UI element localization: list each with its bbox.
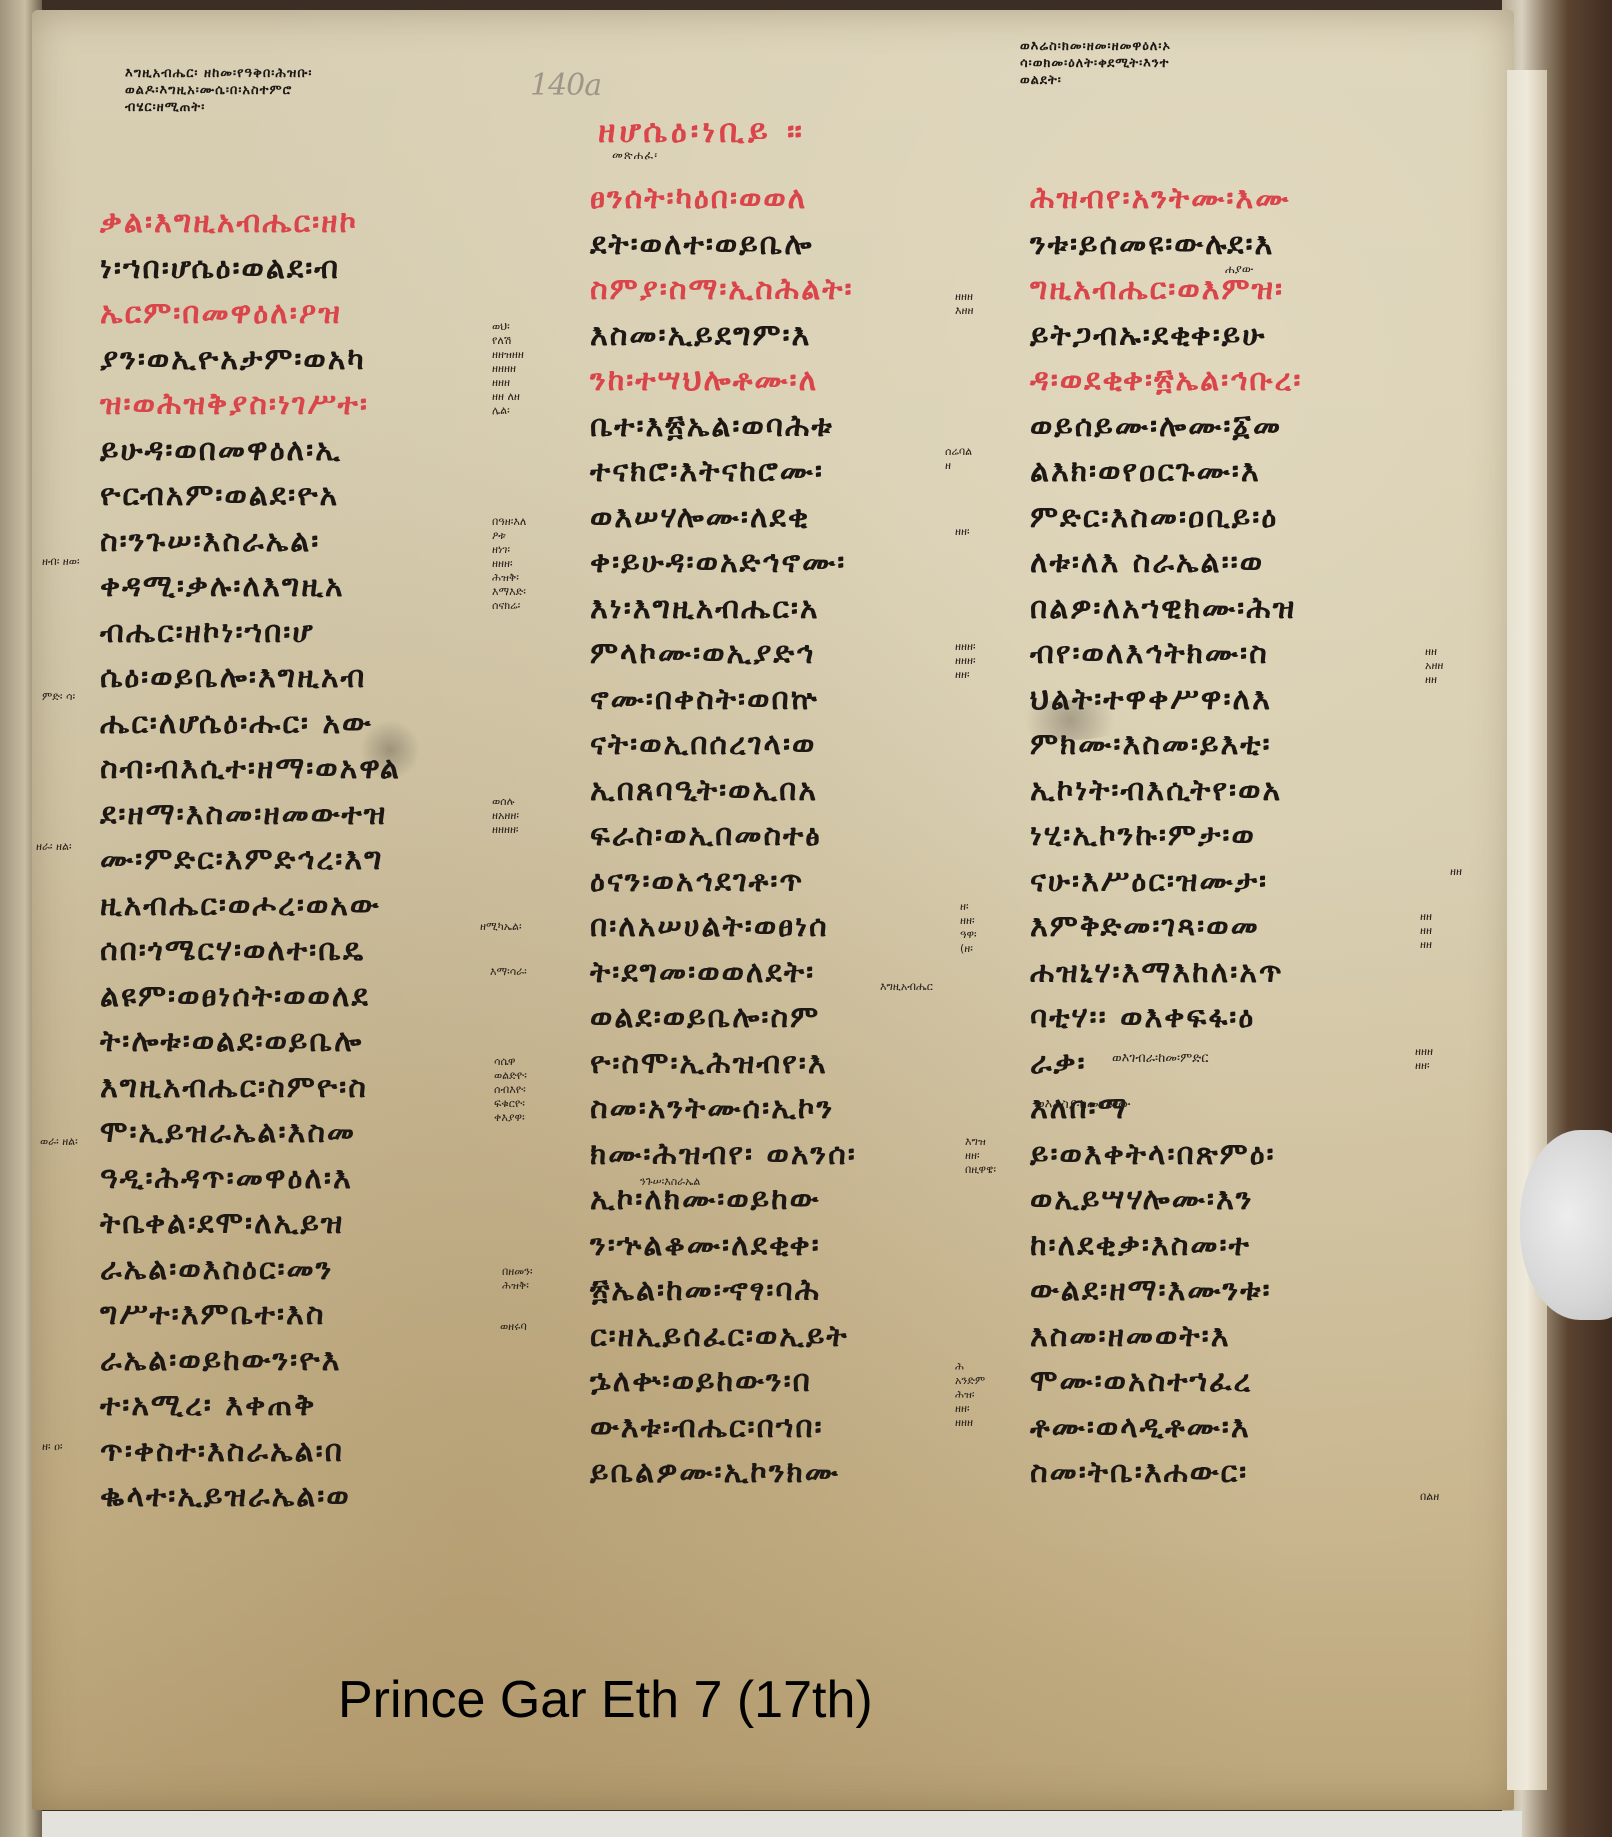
text-line: ሐዝኒሃ፡እማእከለ፡አጥ <box>1030 950 1302 996</box>
text-line: ኖሙ፡በቀስት፡ወበኵ <box>590 677 857 723</box>
margin-note: በዘመን፡ ሕዝቅ፡ <box>502 1265 533 1293</box>
top-note-left: እግዚአብሔር፡ ዘከመ፡የዓቅበ፡ሕዝቡ፡ ወልዶ፡እግዚአ፡ሙሴ፡በ፡አስተ… <box>125 65 312 116</box>
text-line: ልእክ፡ወየዐርጉሙ፡እ <box>1030 449 1302 495</box>
text-column-left: ቃል፡እግዚአብሔር፡ዘኮነ፡ኀበ፡ሆሴዕ፡ወልደ፡ብኤርም፡በመዋዕለ፡ዖዝያ… <box>100 200 401 1520</box>
text-line: ሙ፡ምድር፡እምድኅረ፡እግ <box>100 837 401 883</box>
text-line: ተናክሮ፡እትናከሮሙ፡ <box>590 449 857 495</box>
text-line: ቶሙ፡ወላዲቶሙ፡እ <box>1030 1405 1302 1451</box>
margin-note: ሰሬባል ዘ <box>945 445 972 473</box>
text-line: ሰበ፡ጎሜርሃ፡ወለተ፡ቤዴ <box>100 928 401 974</box>
text-line: ኢበጸባዒት፡ወኢበአ <box>590 768 857 814</box>
top-note-line: ወልዶ፡እግዚአ፡ሙሴ፡በ፡አስተምሮ <box>125 82 312 99</box>
text-line: ሴዕ፡ወይቤሎ፡እግዚአብ <box>100 655 401 701</box>
margin-note: ወሰሉ ዘአዘዘ፡ ዘዘዘዘ፡ <box>492 795 519 837</box>
margin-note: ዘ፡ ዘዘ፡ ዓዋ፡ (ዘ፡ <box>960 900 977 956</box>
margin-note: ዘዘዘ እዘዘ <box>955 290 974 318</box>
text-line: በ፡ለአሠሀልት፡ወፀነሰ <box>590 904 857 950</box>
text-line: ብሔር፡ዘኮነ፡ኀበ፡ሆ <box>100 610 401 656</box>
margin-note: ዘዘ ዘዘ ዘዘ <box>1420 910 1432 952</box>
text-line: ኤርም፡በመዋዕለ፡ዖዝ <box>100 291 401 337</box>
margin-note: በልዘ <box>1420 1490 1439 1504</box>
text-line: ህልት፡ተዋቀሥዋ፡ለእ <box>1030 677 1302 723</box>
background-strip <box>42 1811 1522 1837</box>
book-title: ዘሆሴዕ፡ነቢይ ። <box>598 112 806 151</box>
text-line: ናሁ፡እሥዕር፡ዝሙታ፡ <box>1030 859 1302 905</box>
margin-note: ወራ፡ ዘል፡ <box>40 1135 78 1149</box>
text-line: ከ፡ለደቂቃ፡እስመ፡ተ <box>1030 1223 1302 1269</box>
interlinear-note: እግዚአብሔር <box>880 980 933 994</box>
text-line: ቀዳሚ፡ቃሉ፡ለእግዚአ <box>100 564 401 610</box>
text-column-middle: ፀንሰት፡ካዕበ፡ወወለደት፡ወለተ፡ወይቤሎስምያ፡ስማ፡ኢስሕልት፡እስመ፡… <box>590 176 857 1496</box>
text-line: ንከ፡ተሣህሎቶሙ፡ለ <box>590 358 857 404</box>
page-fore-edge <box>1507 70 1547 1790</box>
text-line: ወእሠሃሎሙ፡ለደቂ <box>590 495 857 541</box>
text-line: ስመ፡አንትሙሰ፡ኢኮን <box>590 1086 857 1132</box>
margin-note: ወህ፡ የለሽ ዘዘዝዘዘ ዘዘዘዘ ዘዘዘ ዘዘ ለዘ ሌል፡ <box>492 320 524 418</box>
text-line: ለቱ፡ለእ ስራኤል፡፡ወ <box>1030 540 1302 586</box>
margin-note: እግዝ ዘዘ፡ በዚዋዌ፡ <box>965 1135 996 1177</box>
text-line: ዓዲ፡ሕዳጥ፡መዋዕለ፡እ <box>100 1156 401 1202</box>
text-line: እነ፡እግዚአብሔር፡አ <box>590 586 857 632</box>
text-line: ሕዝብየ፡አንትሙ፡እሙ <box>1030 176 1302 222</box>
text-line: በልዎ፡ለአኀዊክሙ፡ሕዝ <box>1030 586 1302 632</box>
text-line: ወይሰይሙ፡ሎሙ፡፩መ <box>1030 404 1302 450</box>
text-line: ቤተ፡እ፳ኤል፡ወባሕቱ <box>590 404 857 450</box>
text-line: ዝ፡ወሕዝቅያስ፡ነገሥተ፡ <box>100 382 401 428</box>
text-line: ዮ፡ስሞ፡ኢሕዝብየ፡እ <box>590 1041 857 1087</box>
text-line: ፳ኤል፡ከመ፡ኆፃ፡ባሕ <box>590 1268 857 1314</box>
margin-note: ሳሴዋ ወልድዮ፡ ሰብእዮ፡ ፍቁርዮ፡ ቀእያዋ፡ <box>494 1055 527 1125</box>
text-line: ት፡ሎቱ፡ወልደ፡ወይቤሎ <box>100 1019 401 1065</box>
text-line: ምድር፡እስመ፡ዐቢይ፡ዕ <box>1030 495 1302 541</box>
text-line: እስመ፡ኢይደግም፡እ <box>590 313 857 359</box>
text-line: ስ፡ንጉሠ፡እስራኤል፡ <box>100 519 401 565</box>
text-line: ስመ፡ትቤ፡እሐውር፡ <box>1030 1450 1302 1496</box>
interlinear-note: ወእገብራ፡ከመ፡ምድር <box>1112 1052 1208 1066</box>
text-line: ቈላተ፡ኢይዝራኤል፡ወ <box>100 1474 401 1520</box>
text-line: ደ፡ዘማ፡እስመ፡ዘመውተዝ <box>100 792 401 838</box>
interlinear-note: ንጉሠ፡እስራኤል <box>640 1175 700 1189</box>
text-line: ቀ፡ይሁዳ፡ወአድኅኖሙ፡ <box>590 540 857 586</box>
text-line: ምክሙ፡እስመ፡ይእቲ፡ <box>1030 722 1302 768</box>
text-line: ሞ፡ኢይዝራኤል፡እስመ <box>100 1110 401 1156</box>
text-line: ቃል፡እግዚአብሔር፡ዘኮ <box>100 200 401 246</box>
text-line: እምቅድመ፡ገጻ፡ወመ <box>1030 904 1302 950</box>
margin-note: ምድ፡ ሳ፡ <box>42 690 75 704</box>
margin-note: እማ፡ሳራ፡ <box>490 965 527 979</box>
text-line: ደት፡ወለተ፡ወይቤሎ <box>590 222 857 268</box>
text-line: ራኤል፡ወይከውን፡ዮእ <box>100 1338 401 1384</box>
text-line: ኌለቍ፡ወይከውን፡በ <box>590 1359 857 1405</box>
text-line: ንቱ፡ይሰመዩ፡ውሉደ፡እ <box>1030 222 1302 268</box>
text-line: እስመ፡ዘመወት፡እ <box>1030 1314 1302 1360</box>
text-line: ግዚአብሔር፡ወእምዝ፡ <box>1030 267 1302 313</box>
text-line: ኢኮነት፡ብእሲትየ፡ወአ <box>1030 768 1302 814</box>
text-line: ስብ፡ብእሲተ፡ዘማ፡ወአዋል <box>100 746 401 792</box>
margin-note: ዘብ፡ ዘወ፡ <box>42 555 80 569</box>
margin-note: ዘ፡ ዐ፡ <box>42 1440 63 1454</box>
top-note-line: ብሄር፡ዘሚጠት፡ <box>125 99 312 116</box>
text-line: ነ፡ኀበ፡ሆሴዕ፡ወልደ፡ብ <box>100 246 401 292</box>
text-line: ን፡ኍልቆሙ፡ለደቂቀ፡ <box>590 1223 857 1269</box>
text-line: ዮርብአም፡ወልደ፡ዮአ <box>100 473 401 519</box>
text-line: ራኤል፡ወእስዕር፡መን <box>100 1247 401 1293</box>
manuscript-caption: Prince Gar Eth 7 (17th) <box>338 1670 873 1730</box>
interlinear-note: ወእሬስያ፡ከመ፡በድው <box>1035 1098 1131 1112</box>
text-line: ክሙ፡ሕዝብየ፡ ወአንሰ፡ <box>590 1132 857 1178</box>
text-line: ነሂ፡ኢኮንኩ፡ምታ፡ወ <box>1030 813 1302 859</box>
margin-note: ዘራ፡ ዘል፡ <box>36 840 72 854</box>
text-line: ፍራስ፡ወኢበመስተፅ <box>590 813 857 859</box>
text-line: እግዚአብሔር፡ስምዮ፡ስ <box>100 1065 401 1111</box>
margin-note: ዘዘ፡ <box>955 525 970 539</box>
text-line: ዳ፡ወደቂቀ፡፳ኤል፡ኅቡረ፡ <box>1030 358 1302 404</box>
margin-note: ዘዘ <box>1450 865 1462 879</box>
text-line: ይ፡ወእቀትላ፡በጽምዕ፡ <box>1030 1132 1302 1178</box>
text-line: ር፡ዘኢይሰፈር፡ወኢይት <box>590 1314 857 1360</box>
text-line: ልዩም፡ወፀነሰት፡ወወለደ <box>100 974 401 1020</box>
text-line: ይሁዳ፡ወበመዋዕለ፡ኢ <box>100 428 401 474</box>
folio-number: 140a <box>530 68 601 103</box>
interlinear-note: ሐያው <box>1225 262 1253 276</box>
text-line: ፀንሰት፡ካዕበ፡ወወለ <box>590 176 857 222</box>
text-line: ናት፡ወኢበሰረገላ፡ወ <box>590 722 857 768</box>
top-note-line: ወልደት፡ <box>1020 72 1171 89</box>
title-gloss: መጽሐፈ፡ <box>612 148 658 163</box>
margin-note: ዘዘዘ፡ ዘዘዘ፡ ዘዘ፡ <box>955 640 976 682</box>
margin-note: ዘሚካኤል፡ <box>480 920 522 934</box>
margin-note: ዘዘ አዘዘ ዘዘ <box>1425 645 1443 687</box>
top-note-line: እግዚአብሔር፡ ዘከመ፡የዓቅበ፡ሕዝቡ፡ <box>125 65 312 82</box>
top-note-right: ወእሬስ፡ክመ፡ዘመ፡ዘመዋዕለ፡ኦ ሳ፡ወክመ፡ዕለት፡ቀደሚት፡እንተ ወል… <box>1020 38 1171 89</box>
text-line: ባቲሃ፡፡ ወእቀፍፋ፡ዕ <box>1030 995 1302 1041</box>
margin-note: በዓዘ፡እለ ዖቱ ዘነገ፡ ዘዘዘ፡ ሕዝቅ፡ እማእድ፡ ሰናክሬ፡ <box>492 515 526 613</box>
text-line: ወልደ፡ወይቤሎ፡ስም <box>590 995 857 1041</box>
top-note-line: ሳ፡ወክመ፡ዕለት፡ቀደሚት፡እንተ <box>1020 55 1171 72</box>
text-line: ግሥተ፡እምቤተ፡እስ <box>100 1292 401 1338</box>
text-line: ዕናን፡ወአኅደገቶ፡ጥ <box>590 859 857 905</box>
text-line: ወኢይሣሃሎሙ፡እን <box>1030 1177 1302 1223</box>
margin-note: ወዘሩባ <box>500 1320 527 1334</box>
text-line: ትቤቀል፡ደሞ፡ለኢይዝ <box>100 1201 401 1247</box>
text-line: ኢኮ፡ለክሙ፡ወይከው <box>590 1177 857 1223</box>
top-note-line: ወእሬስ፡ክመ፡ዘመ፡ዘመዋዕለ፡ኦ <box>1020 38 1171 55</box>
text-line: ውልደ፡ዘማ፡እሙንቱ፡ <box>1030 1268 1302 1314</box>
margin-note: ሕ አንድም ሕዝ፡ ዘዘ፡ ዘዘዘ <box>955 1360 985 1430</box>
text-line: ተ፡አሚረ፡ እቀጠቅ <box>100 1383 401 1429</box>
text-line: ስምያ፡ስማ፡ኢስሕልት፡ <box>590 267 857 313</box>
text-column-right: ሕዝብየ፡አንትሙ፡እሙንቱ፡ይሰመዩ፡ውሉደ፡እግዚአብሔር፡ወእምዝ፡ይትጋ… <box>1030 176 1302 1496</box>
text-line: ይትጋብኡ፡ደቂቀ፡ይሁ <box>1030 313 1302 359</box>
text-line: ሞሙ፡ወአስተኀፈረ <box>1030 1359 1302 1405</box>
text-line: ያን፡ወኢዮአታም፡ወአካ <box>100 337 401 383</box>
text-line: ውእቱ፡ብሔር፡በኀበ፡ <box>590 1405 857 1451</box>
text-line: ይቤልዎሙ፡ኢኮንክሙ <box>590 1450 857 1496</box>
text-line: ት፡ደግመ፡ወወለደት፡ <box>590 950 857 996</box>
margin-note: ዘዘዘ ዘዘ፡ <box>1415 1045 1433 1073</box>
text-line: ጥ፡ቀስተ፡እስራኤል፡በ <box>100 1429 401 1475</box>
text-line: ምላኮሙ፡ወኢያድኅ <box>590 631 857 677</box>
text-line: ሔር፡ለሆሴዕ፡ሑር፡ አው <box>100 701 401 747</box>
text-line: ብየ፡ወለእኅትክሙ፡ስ <box>1030 631 1302 677</box>
text-line: ዚአብሔር፡ወሖረ፡ወአው <box>100 883 401 929</box>
